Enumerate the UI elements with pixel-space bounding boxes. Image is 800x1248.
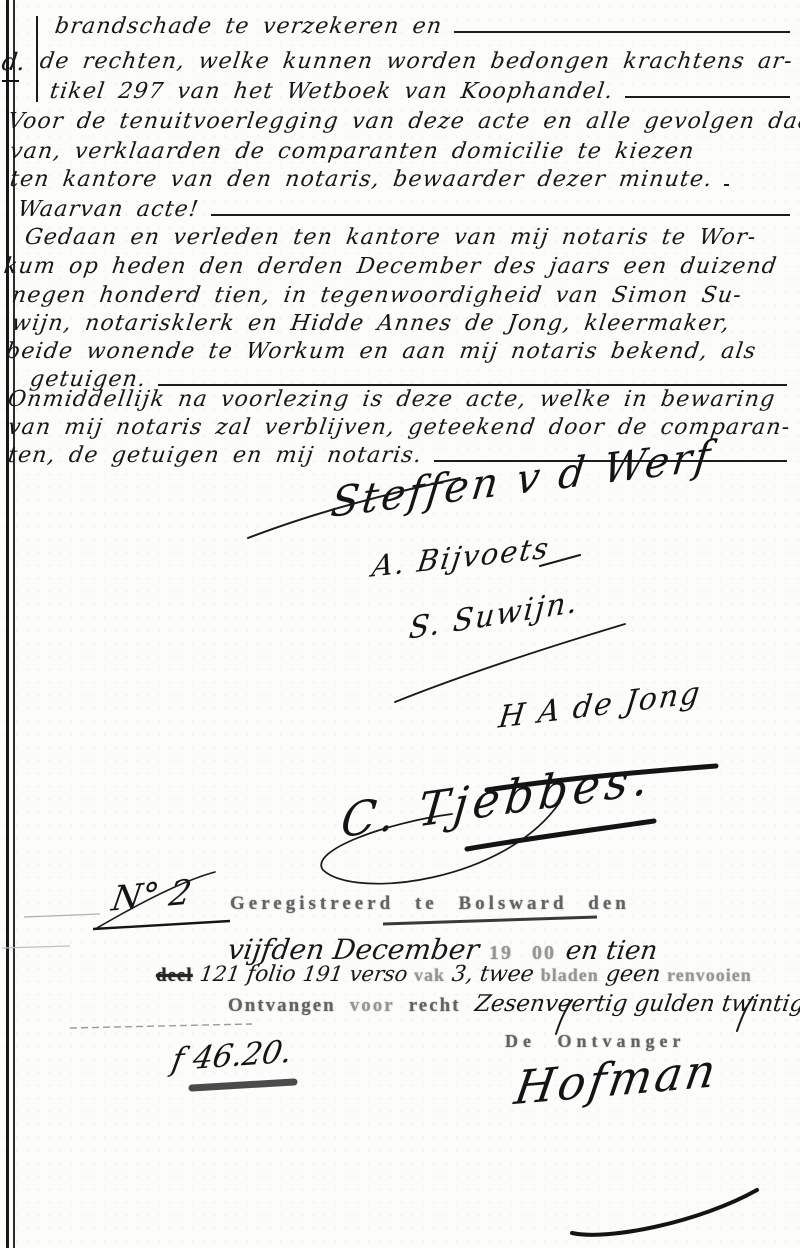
body-line: tikel 297 van het Wetboek van Koophandel… [50,77,793,107]
renvooien-stamp-label: renvooien [667,965,752,986]
body-line: ten kantore van den notaris, bewaarder d… [10,165,732,195]
signature-c-tjebbes: C. Tjebbes. [338,750,657,847]
scanned-deed-page: d. brandschade te verzekeren en de recht… [0,0,800,1248]
margin-note: d. [2,48,25,76]
faint-rule-left-a [24,914,100,917]
deel-value: 121 [198,962,241,986]
body-line: wijn, notarisklerk en Hidde Annes de Jon… [12,309,793,339]
body-line: negen honderd tien, in tegenwoordigheid … [12,281,793,311]
registration-received-line: Ontvangen voor recht Zesenveertig gulden… [228,991,800,1017]
vak-value: 3, twee [450,962,535,987]
registration-amount: f 46.20. [171,1034,293,1078]
body-line: de rechten, welke kunnen worden bedongen… [40,47,793,77]
body-line: kum op heden den derden December des jaa… [4,252,793,282]
body-line: brandschade te verzekeren en [55,12,793,42]
body-line: Waarvan acte! [18,195,793,225]
trailing-rule [454,31,790,33]
body-line: Onmiddellijk na voorlezing is deze acte,… [8,385,793,415]
faint-rule-left-c [70,1024,252,1028]
body-line: Gedaan en verleden ten kantore van mij n… [25,223,793,253]
body-line: van, verklaarden de comparanten domicili… [10,137,710,167]
margin-bracket-line [36,16,38,102]
registration-folio-line: deel 121 folio 191 verso vak 3, twee bla… [156,962,752,987]
trailing-rule [724,184,729,186]
amount-in-words: Zesenveertig gulden twintig cent [473,991,800,1017]
receiver-signature: Hofman [513,1043,720,1115]
stamp-header-underline [383,917,597,924]
bladen-stamp-label: bladen [541,965,599,986]
margin-note-underline [2,80,19,82]
recht-stamp: recht [409,995,461,1017]
voor-stamp: voor [350,995,395,1017]
registration-stamp-header: Geregistreerd te Bolsward den [230,893,630,915]
body-line: beide wonende te Workum en aan mij notar… [6,337,786,367]
bottom-flourish [572,1190,757,1235]
signature-a-bijvoets: A. Bijvoets [371,531,552,583]
no2-underline [93,921,230,929]
registration-number: N° 2 [110,873,192,920]
geen-value: geen [604,962,662,987]
trailing-rule [625,96,790,98]
folio-label: folio [245,962,297,987]
body-line: Voor de tenuitvoerlegging van deze acte … [8,107,793,137]
deel-stamp-label: deel [156,965,193,987]
signature-s-suwijn: S. Suwijn. [406,585,581,646]
signature-h-a-de-jong: H A de Jong [497,676,704,736]
ontvangen-stamp: Ontvangen [228,995,336,1017]
folio-value: 191 verso [301,962,409,986]
amount-smudge-underline [192,1082,294,1088]
trailing-rule [211,214,790,216]
vak-stamp-label: vak [414,965,445,986]
